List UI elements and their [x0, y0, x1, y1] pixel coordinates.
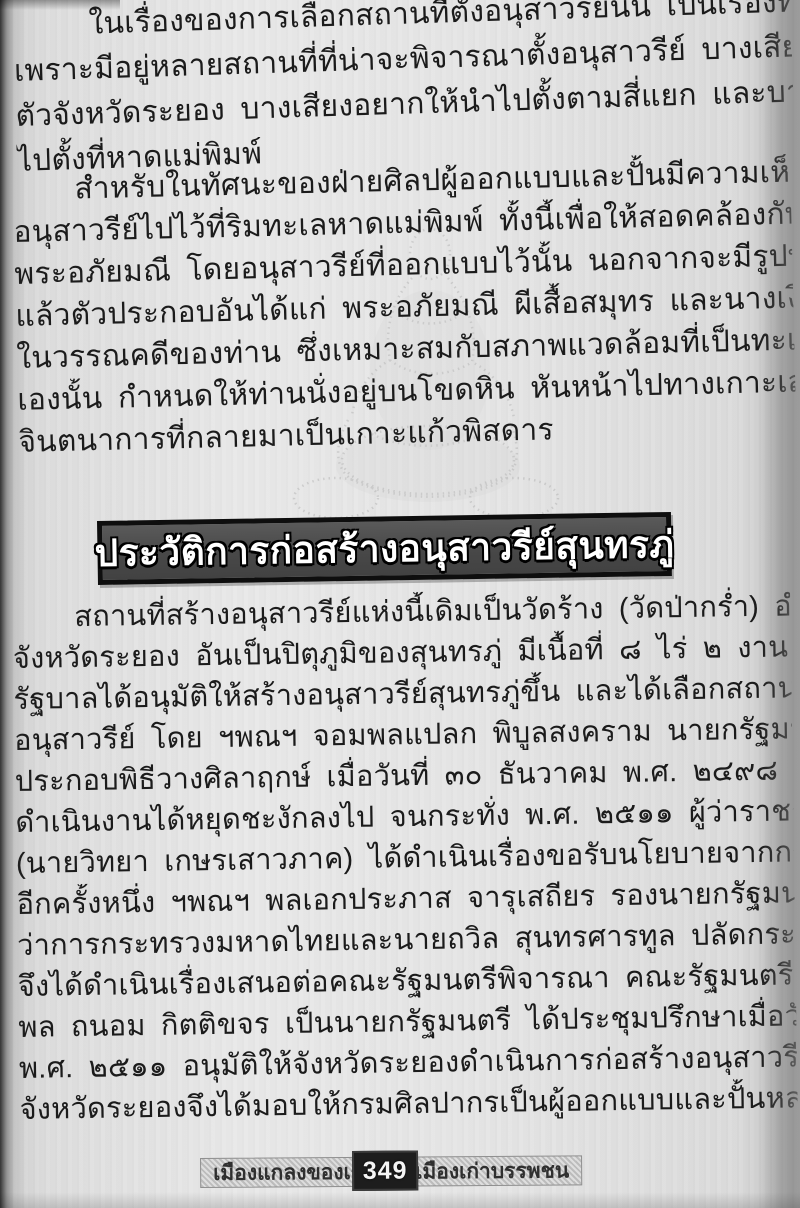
footer-right-title: เมืองเก่าบรรพชน [415, 1154, 569, 1188]
paragraph-construction-history: สถานที่สร้างอนุสาวรีย์แห่งนี้เดิมเป็นวัด… [12, 586, 798, 1130]
page-number-badge: 349 [352, 1150, 418, 1190]
page-footer: เมืองแกลงของเรา เมืองเก่าบรรพชน 349 [200, 1149, 582, 1194]
page-bottom-edge-shadow [0, 1192, 800, 1208]
section-header-bar: ประวัติการก่อสร้างอนุสาวรีย์สุนทรภู่ [97, 512, 672, 585]
paragraph-artist-viewpoint: สำหรับในทัศนะของฝ่ายศิลปผู้ออกแบบและปั้น… [12, 152, 797, 464]
book-page: ในเรื่องของการเลือกสถานที่ตั้งอนุสาวรีย์… [0, 0, 800, 1208]
footer-left-title: เมืองแกลงของเรา [213, 1155, 374, 1189]
section-title: ประวัติการก่อสร้างอนุสาวรีย์สุนทรภู่ [94, 514, 675, 582]
